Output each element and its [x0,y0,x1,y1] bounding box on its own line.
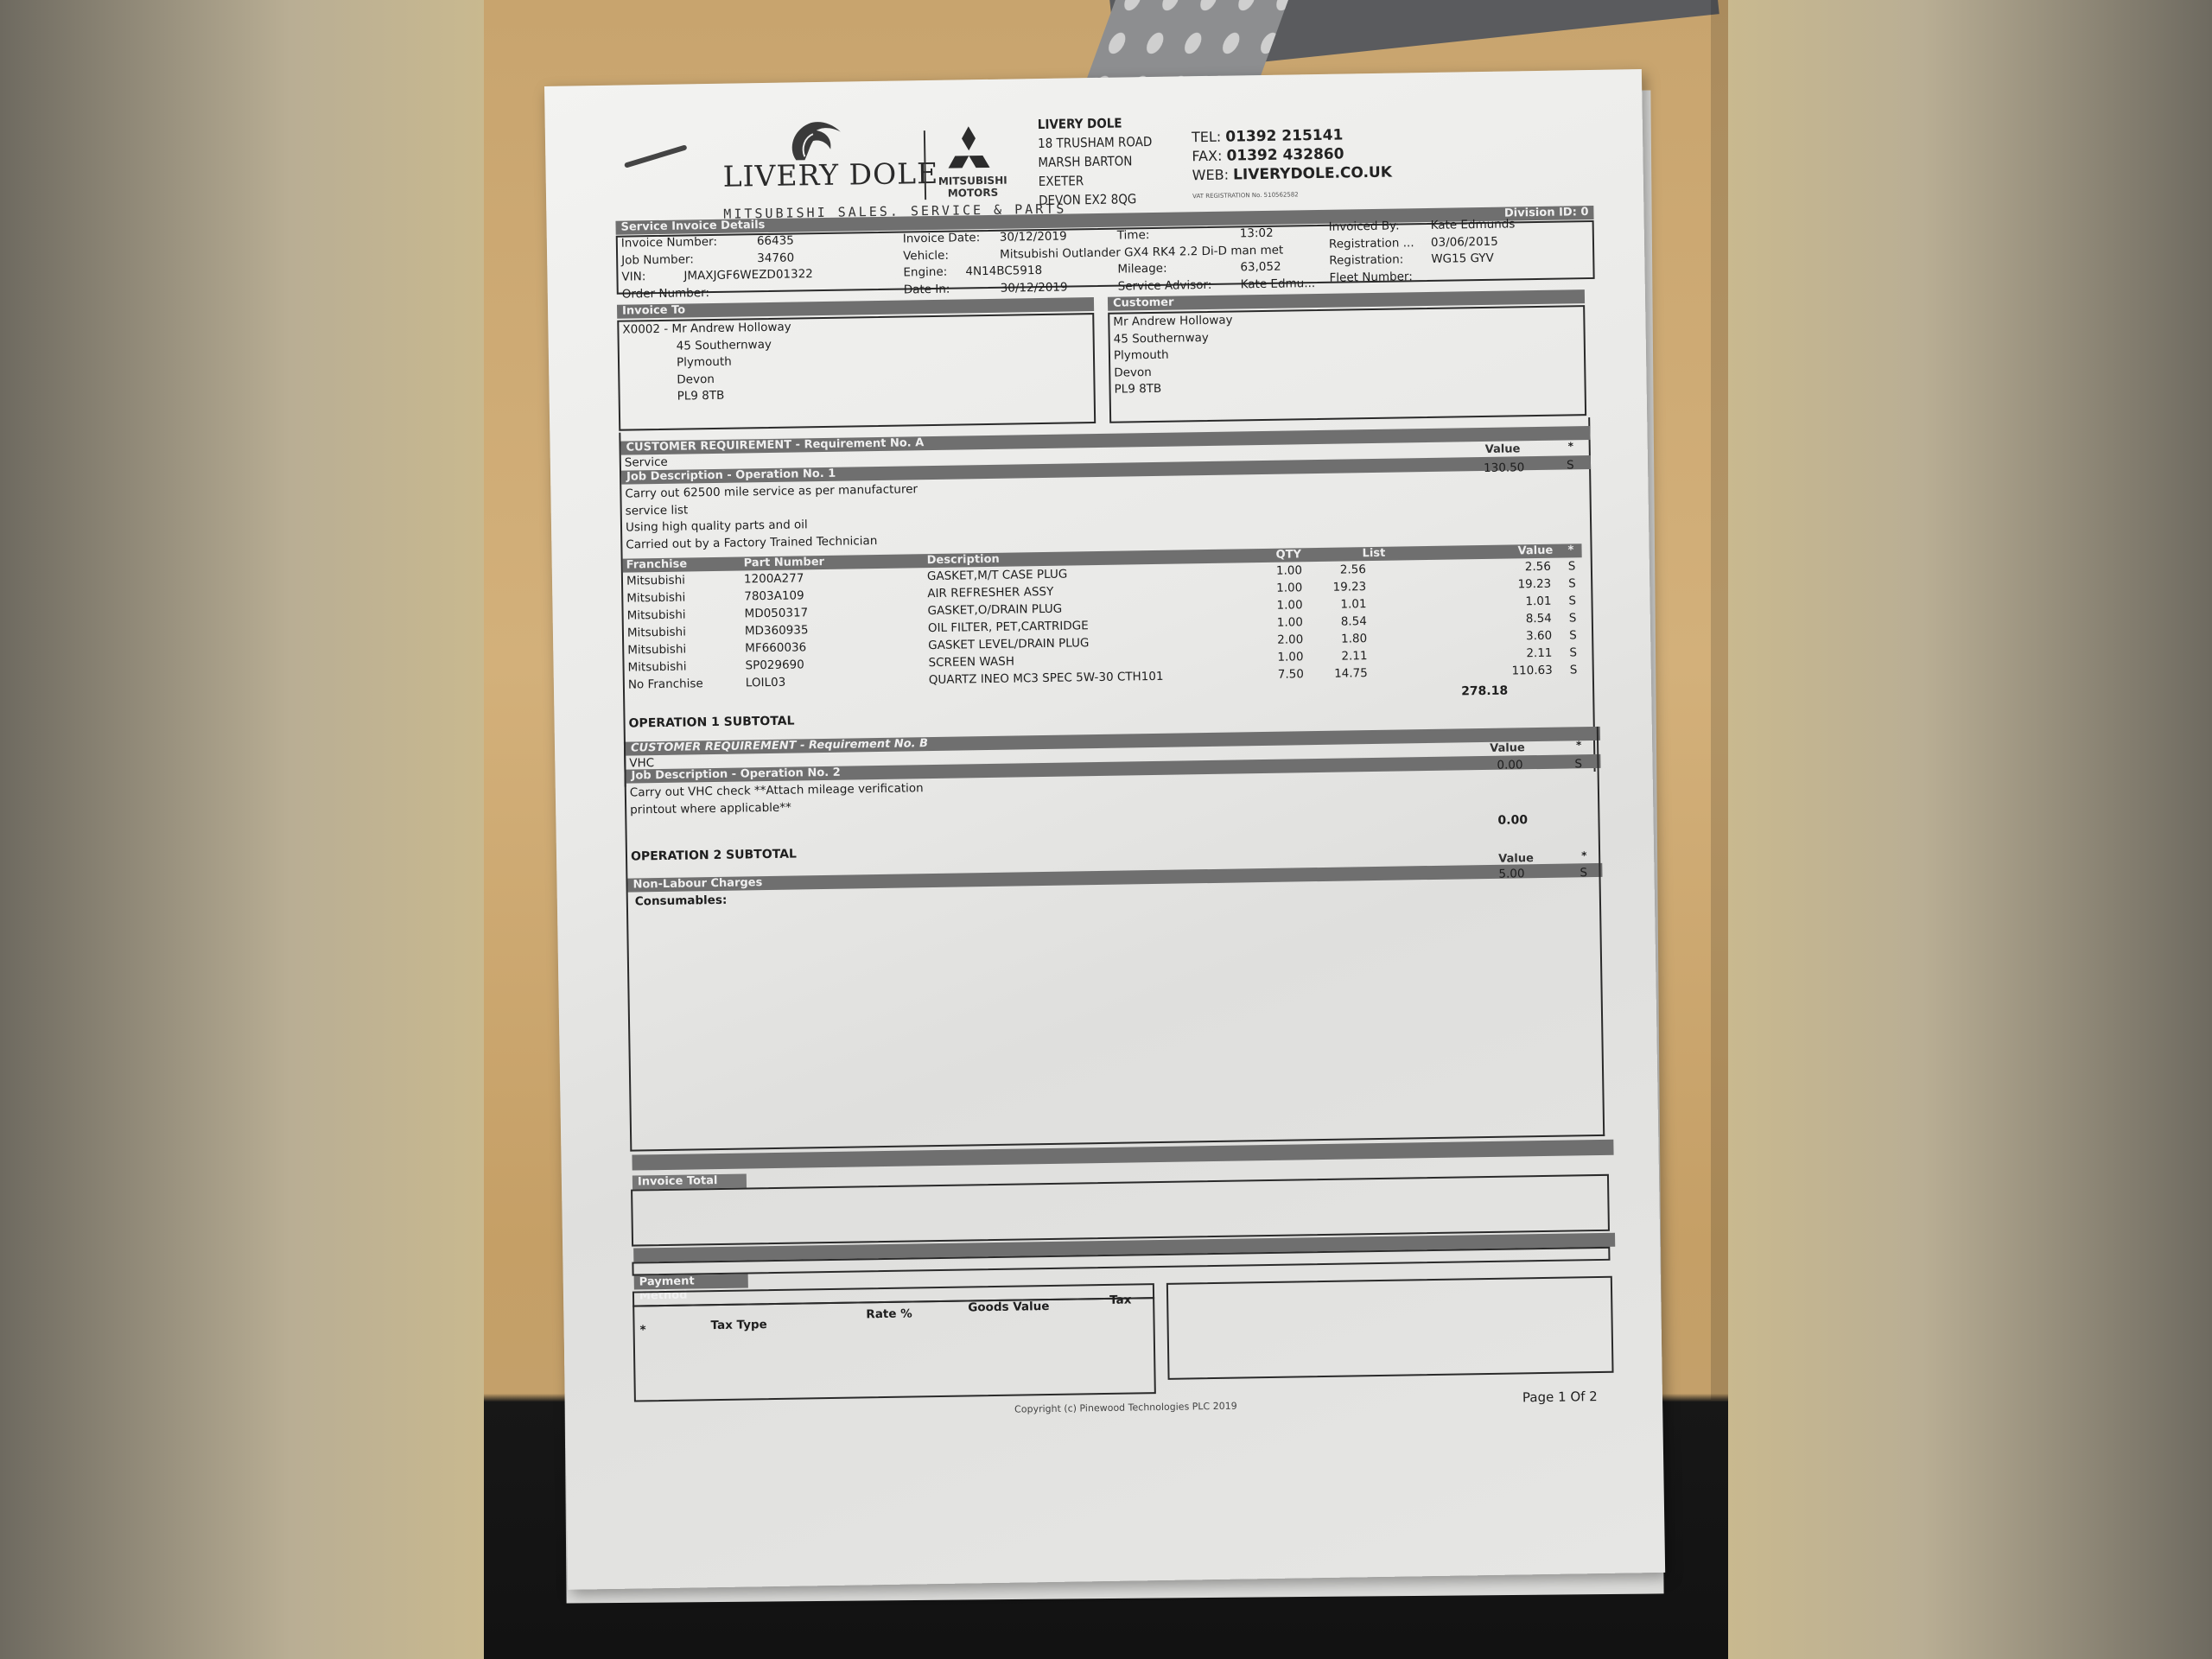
customer-address: Mr Andrew Holloway 45 Southernway Plymou… [1113,313,1234,399]
part-description: GASKET LEVEL/DRAIN PLUG [928,636,1089,652]
part-value: 19.23 [1517,577,1551,592]
part-list-price: 1.80 [1341,632,1367,645]
part-description: OIL FILTER, PET,CARTRIDGE [928,619,1089,635]
engine: 4N14BC5918 [965,264,1042,278]
part-value: 1.01 [1525,594,1551,608]
part-number: 1200A277 [744,571,804,586]
operation-1-subtotal-value: 278.18 [1461,683,1508,701]
part-tax-code: S [1569,611,1577,625]
part-franchise: Mitsubishi [626,574,685,588]
details-col-4: Invoiced By:Kate Edmunds Registration ..… [1329,216,1516,286]
payment-notes-box [1166,1276,1614,1380]
part-value: 8.54 [1526,612,1552,626]
website: LIVERYDOLE.CO.UK [1233,164,1392,184]
part-description: QUARTZ INEO MC3 SPEC 5W-30 CTH101 [929,670,1164,687]
date-in: 30/12/2019 [1001,280,1068,295]
part-list-price: 8.54 [1341,614,1367,628]
part-description: AIR REFRESHER ASSY [927,585,1053,601]
invoiced-by: Kate Edmunds [1431,217,1516,232]
part-qty: 1.00 [1276,598,1302,612]
mileage: 63,052 [1240,260,1281,275]
part-tax-code: S [1569,628,1577,642]
part-list-price: 19.23 [1332,580,1366,594]
payment-method-bar: Payment Method [634,1274,748,1289]
part-tax-code: S [1570,663,1578,677]
part-number: 7803A109 [744,588,804,603]
job-1-value: 130.50 [1484,460,1525,477]
part-list-price: 2.11 [1341,649,1367,663]
part-tax-code: S [1568,559,1576,573]
registration: WG15 GYV [1431,251,1494,266]
part-description: GASKET,M/T CASE PLUG [927,568,1068,584]
job-1-description: Carry out 62500 mile service as per manu… [625,481,918,553]
operations-box [624,727,1605,1152]
part-tax-code: S [1569,645,1577,659]
part-number: LOIL03 [746,676,786,690]
invoice-to-address: X0002 - Mr Andrew Holloway 45 Southernwa… [622,320,792,407]
part-qty: 1.00 [1277,650,1303,664]
part-value: 2.11 [1526,646,1552,660]
part-franchise: Mitsubishi [627,626,686,640]
page-indicator: Page 1 Of 2 [1522,1389,1598,1407]
registration-date: 03/06/2015 [1431,234,1498,249]
part-franchise: Mitsubishi [627,659,686,674]
time: 13:02 [1240,226,1274,241]
part-tax-code: S [1568,576,1576,590]
job-number: 34760 [751,250,794,267]
part-number: SP029690 [745,658,804,672]
division-id: Division ID: 0 [1504,206,1589,221]
photo-blur-left [0,0,484,1659]
folder-pattern [1087,0,1298,78]
part-description: SCREEN WASH [928,655,1014,671]
service-advisor: Kate Edmu... [1241,276,1316,291]
part-franchise: No Franchise [628,677,703,691]
part-number: MF660036 [745,640,806,655]
tax-type-header: Tax Type [710,1317,767,1335]
details-col-1: Invoice Number:66435 Job Number:34760 VI… [621,232,814,302]
invoice-date: 30/12/2019 [1000,230,1067,245]
part-franchise: Mitsubishi [627,608,686,623]
part-value: 3.60 [1526,629,1552,643]
vat-registration: VAT REGISTRATION No. 510562582 [1192,184,1393,207]
part-franchise: Mitsubishi [626,591,685,606]
part-number: MD360935 [745,623,809,638]
details-col-3: Time:13:02 Mileage:63,052 Service Adviso… [1117,225,1316,296]
fax: 01392 432860 [1226,145,1344,164]
part-list-price: 1.01 [1340,597,1366,611]
invoice-number: 66435 [751,232,794,250]
goods-value-header: Goods Value [968,1299,1050,1317]
vin: JMAXJGF6WEZD01322 [683,267,813,283]
part-list-price: 14.75 [1334,666,1368,681]
tax-header: Tax [1109,1293,1132,1310]
part-qty: 2.00 [1277,632,1303,646]
part-franchise: Mitsubishi [627,643,686,658]
part-qty: 1.00 [1276,563,1302,577]
pen-mark [624,144,688,168]
copyright: Copyright (c) Pinewood Technologies PLC … [1014,1398,1237,1419]
mitsubishi-motors-label: MITSUBISHI MOTORS [933,175,1013,200]
part-qty: 7.50 [1278,667,1304,681]
part-number: MD050317 [744,606,808,620]
company-address: LIVERY DOLE 18 TRUSHAM ROAD MARSH BARTON… [1038,113,1154,210]
company-contact: TEL: 01392 215141 FAX: 01392 432860 WEB:… [1192,125,1393,207]
part-value: 2.56 [1525,560,1551,574]
part-qty: 1.00 [1277,615,1303,629]
telephone: 01392 215141 [1225,126,1343,145]
job-1-tax: S [1567,457,1574,474]
part-qty: 1.00 [1276,581,1302,594]
operation-1-subtotal-label: OPERATION 1 SUBTOTAL [628,714,794,734]
part-value: 110.63 [1511,664,1552,678]
part-description: GASKET,O/DRAIN PLUG [927,602,1062,618]
photo: LIVERY DOLE MITSUBISHI SALES. SERVICE & … [484,0,1728,1659]
part-tax-code: S [1568,594,1576,607]
part-list-price: 2.56 [1340,563,1366,576]
rate-header: Rate % [866,1306,912,1323]
invoice-document: LIVERY DOLE MITSUBISHI SALES. SERVICE & … [544,69,1665,1590]
brand-name: LIVERY DOLE [722,156,938,194]
photo-blur-right [1728,0,2212,1659]
mitsubishi-diamonds-icon [943,126,995,174]
